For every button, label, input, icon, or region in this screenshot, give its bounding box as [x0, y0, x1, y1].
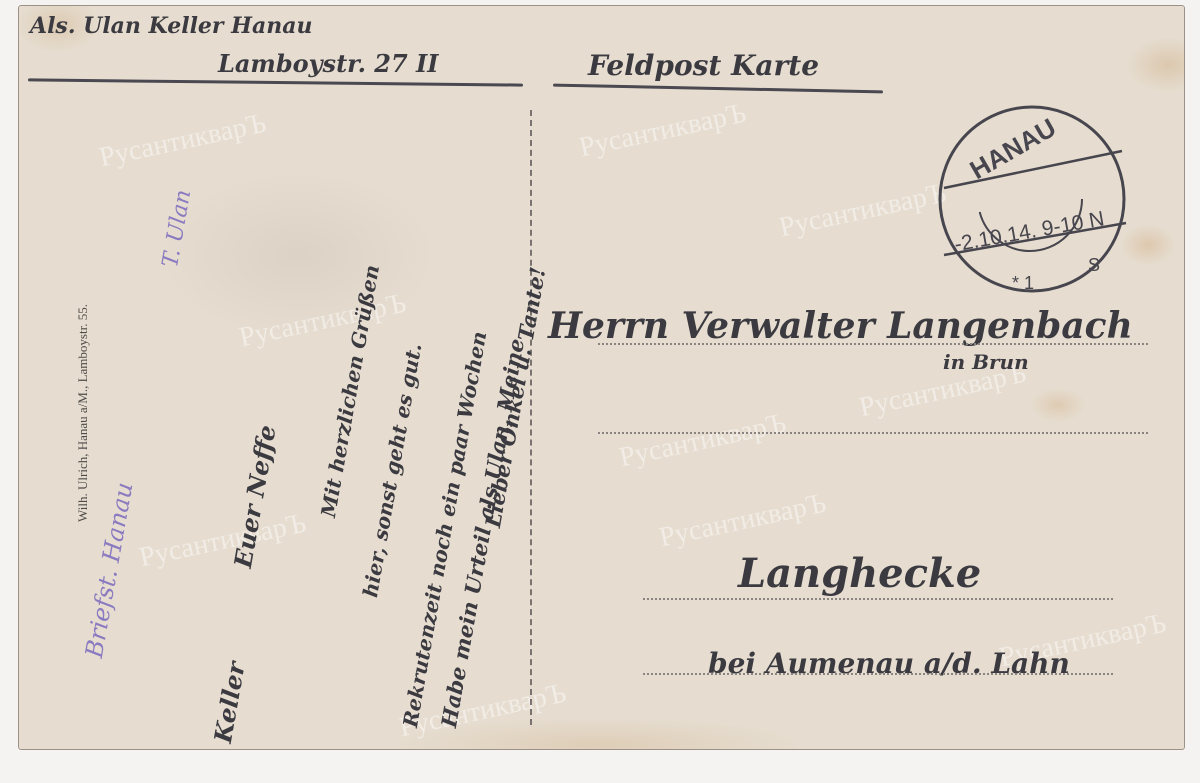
address-line [643, 598, 1113, 600]
watermark: РусантикварЪ [137, 508, 310, 575]
address-line [643, 673, 1113, 675]
message-signature: Keller [208, 659, 251, 745]
watermark: РусантикварЪ [97, 108, 270, 175]
watermark: РусантикварЪ [617, 408, 790, 475]
header-underline [553, 84, 883, 94]
recipient-line2: in Brun [943, 350, 1029, 374]
message-line: hier, sonst geht es gut. [358, 341, 426, 599]
message-line: Mit herzlichen Grüßen [316, 263, 384, 519]
watermark: РусантикварЪ [577, 98, 750, 165]
address-line [598, 432, 1148, 434]
recipient-line1: Herrn Verwalter Langenbach [548, 305, 1133, 347]
address-line [598, 343, 1148, 345]
watermark: РусантикварЪ [237, 288, 410, 355]
printer-imprint: Wilh. Ulrich, Hanau a/M., Lamboystr. 55. [75, 203, 91, 623]
watermark: РусантикварЪ [777, 178, 950, 245]
postmark-code-bottom: * 1 [1012, 273, 1034, 293]
center-divider [530, 110, 532, 725]
sender-underline [28, 78, 523, 86]
sender-address-line1: Als. Ulan Keller Hanau [30, 13, 312, 39]
message-line: Euer Neffe [228, 423, 282, 570]
recipient-line4: bei Aumenau a/d. Lahn [708, 647, 1070, 680]
header-title: Feldpost Karte [588, 49, 819, 82]
purple-annotation: T. Ulan [158, 188, 196, 269]
postmark: HANAU -2.10.14. 9-10 N S * 1 [930, 103, 1140, 293]
sender-address-line2: Lamboystr. 27 II [218, 49, 439, 78]
postmark-date: -2.10.14. 9-10 N [953, 207, 1106, 256]
recipient-line3: Langhecke [738, 550, 981, 597]
watermark: РусантикварЪ [657, 488, 830, 555]
postmark-code-right: S [1088, 255, 1100, 275]
postcard: РусантикварЪ РусантикварЪ РусантикварЪ Р… [18, 5, 1185, 750]
